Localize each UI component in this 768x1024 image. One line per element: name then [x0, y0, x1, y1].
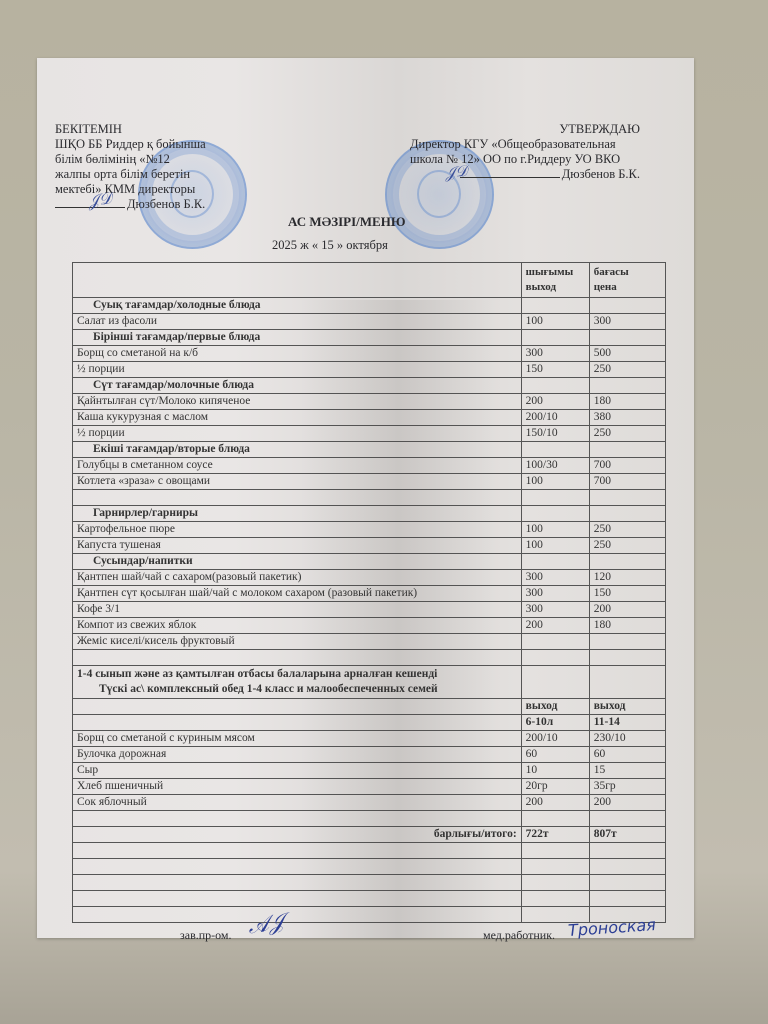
- dish-name: [73, 650, 522, 666]
- dish-yield: 300: [521, 602, 589, 618]
- dish-yield: 100: [521, 522, 589, 538]
- empty-cell: [521, 843, 589, 859]
- empty-cell: [73, 891, 522, 907]
- table-row: Сыр1015: [73, 763, 666, 779]
- section-title: Суық тағамдар/холодные блюда: [73, 298, 522, 314]
- approval-heading: УТВЕРЖДАЮ: [410, 122, 640, 137]
- empty-cell: [73, 907, 522, 923]
- empty-cell: [589, 843, 665, 859]
- column-header-yield-11-14: выход: [589, 699, 665, 715]
- dish-yield-6-10: 200: [521, 795, 589, 811]
- footer-production-manager-label: зав.пр-ом.: [180, 928, 232, 943]
- dish-price: [589, 634, 665, 650]
- dish-name: Каша кукурузная с маслом: [73, 410, 522, 426]
- dish-yield: 100/30: [521, 458, 589, 474]
- dish-yield-6-10: 60: [521, 747, 589, 763]
- dish-name: ½ порции: [73, 362, 522, 378]
- dish-name: Салат из фасоли: [73, 314, 522, 330]
- column-header-price: бағасы цена: [589, 263, 665, 298]
- approval-heading: БЕКІТЕМІН: [55, 122, 315, 137]
- table-row: ½ порции150/10250: [73, 426, 666, 442]
- total-11-14: 807т: [589, 827, 665, 843]
- dish-yield-11-14: 15: [589, 763, 665, 779]
- approval-line: ШҚО ББ Риддер қ бойынша: [55, 137, 315, 152]
- dish-price: 200: [589, 602, 665, 618]
- section-title: Сусындар/напитки: [73, 554, 522, 570]
- empty-cell: [589, 891, 665, 907]
- section-title: Гарнирлер/гарниры: [73, 506, 522, 522]
- empty-cell: [589, 859, 665, 875]
- dish-price: [589, 490, 665, 506]
- dish-name: Капуста тушеная: [73, 538, 522, 554]
- menu-table: шығымы выход бағасы цена Суық тағамдар/х…: [72, 262, 666, 923]
- section-header-row: Сусындар/напитки: [73, 554, 666, 570]
- footer-medical-worker-label: мед.работник.: [483, 928, 555, 943]
- table-row: ½ порции150250: [73, 362, 666, 378]
- dish-price: 250: [589, 538, 665, 554]
- dish-yield: 300: [521, 346, 589, 362]
- table-row: Қантпен шай/чай с сахаром(разовый пакети…: [73, 570, 666, 586]
- section-title: Екіші тағамдар/вторые блюда: [73, 442, 522, 458]
- table-row: [73, 650, 666, 666]
- table-row: Картофельное пюре100250: [73, 522, 666, 538]
- empty-cell: [521, 506, 589, 522]
- dish-name: Булочка дорожная: [73, 747, 522, 763]
- table-row: Булочка дорожная6060: [73, 747, 666, 763]
- table-row: Голубцы в сметанном соусе100/30700: [73, 458, 666, 474]
- table-row: Жеміс киселі/кисель фруктовый: [73, 634, 666, 650]
- table-row: Борщ со сметаной на к/б300500: [73, 346, 666, 362]
- age-group-11-14: 11-14: [589, 715, 665, 731]
- dish-name: Кофе 3/1: [73, 602, 522, 618]
- empty-cell: [589, 442, 665, 458]
- empty-cell: [521, 811, 589, 827]
- empty-cell: [73, 699, 522, 715]
- empty-cell: [73, 811, 522, 827]
- dish-price: 120: [589, 570, 665, 586]
- dish-name: ½ порции: [73, 426, 522, 442]
- dish-price: 150: [589, 586, 665, 602]
- dish-price: 250: [589, 426, 665, 442]
- empty-cell: [73, 843, 522, 859]
- dish-yield-6-10: 20гр: [521, 779, 589, 795]
- column-header-yield-6-10: выход: [521, 699, 589, 715]
- dish-name: Жеміс киселі/кисель фруктовый: [73, 634, 522, 650]
- dish-yield: 300: [521, 570, 589, 586]
- complex-title-line: 1-4 сынып және аз қамтылған отбасы балал…: [77, 667, 517, 682]
- table-row: [73, 875, 666, 891]
- dish-name: Сок яблочный: [73, 795, 522, 811]
- dish-yield: 100: [521, 314, 589, 330]
- empty-cell: [589, 811, 665, 827]
- empty-cell: [589, 330, 665, 346]
- table-row: Капуста тушеная100250: [73, 538, 666, 554]
- table-header-row: шығымы выход бағасы цена: [73, 263, 666, 298]
- empty-cell: [73, 875, 522, 891]
- section-header-row: Суық тағамдар/холодные блюда: [73, 298, 666, 314]
- handwritten-signature-right: 𝒥𝒟: [444, 162, 469, 183]
- table-row: Компот из свежих яблок200180: [73, 618, 666, 634]
- dish-price: 300: [589, 314, 665, 330]
- empty-cell: [589, 554, 665, 570]
- section-header-row: Екіші тағамдар/вторые блюда: [73, 442, 666, 458]
- dish-yield: [521, 490, 589, 506]
- signer-name: Дюзбенов Б.К.: [127, 197, 205, 211]
- empty-cell: [73, 715, 522, 731]
- complex-header-row: 6-10л11-14: [73, 715, 666, 731]
- dish-yield-6-10: 200/10: [521, 731, 589, 747]
- dish-name: [73, 490, 522, 506]
- empty-cell: [589, 506, 665, 522]
- table-row: [73, 843, 666, 859]
- approval-line: білім бөлімінің «№12: [55, 152, 315, 167]
- empty-cell: [521, 859, 589, 875]
- empty-cell: [521, 378, 589, 394]
- complex-lunch-title-row: 1-4 сынып және аз қамтылған отбасы балал…: [73, 666, 666, 699]
- dish-yield: 200: [521, 618, 589, 634]
- dish-yield-11-14: 230/10: [589, 731, 665, 747]
- header-blank-cell: [73, 263, 522, 298]
- dish-yield-11-14: 35гр: [589, 779, 665, 795]
- dish-price: 700: [589, 458, 665, 474]
- dish-name: Хлеб пшеничный: [73, 779, 522, 795]
- dish-name: Сыр: [73, 763, 522, 779]
- table-row: Котлета «зраза» с овощами100700: [73, 474, 666, 490]
- dish-yield: [521, 634, 589, 650]
- dish-price: 250: [589, 362, 665, 378]
- table-row: Салат из фасоли100300: [73, 314, 666, 330]
- dish-price: 500: [589, 346, 665, 362]
- dish-price: 180: [589, 618, 665, 634]
- empty-cell: [521, 442, 589, 458]
- menu-date: 2025 ж « 15 » октября: [272, 238, 388, 253]
- dish-price: [589, 650, 665, 666]
- empty-cell: [521, 298, 589, 314]
- empty-cell: [589, 378, 665, 394]
- signer-name: Дюзбенов Б.К.: [562, 167, 640, 181]
- dish-name: Қайнтылған сүт/Молоко кипяченое: [73, 394, 522, 410]
- table-row: [73, 891, 666, 907]
- dish-price: 700: [589, 474, 665, 490]
- handwritten-signature-left: 𝒥𝒟: [86, 188, 113, 212]
- empty-cell: [521, 666, 589, 699]
- dish-name: Борщ со сметаной с куриным мясом: [73, 731, 522, 747]
- table-row: [73, 490, 666, 506]
- table-row: [73, 859, 666, 875]
- dish-yield-11-14: 200: [589, 795, 665, 811]
- table-row: Борщ со сметаной с куриным мясом200/1023…: [73, 731, 666, 747]
- empty-cell: [521, 891, 589, 907]
- column-header-yield: шығымы выход: [521, 263, 589, 298]
- empty-cell: [521, 330, 589, 346]
- empty-cell: [589, 875, 665, 891]
- dish-name: Голубцы в сметанном соусе: [73, 458, 522, 474]
- empty-cell: [589, 298, 665, 314]
- empty-cell: [521, 554, 589, 570]
- dish-name: Картофельное пюре: [73, 522, 522, 538]
- total-row: барлығы/итого:722т807т: [73, 827, 666, 843]
- dish-yield: 300: [521, 586, 589, 602]
- dish-name: Қантпен сүт қосылған шай/чай с молоком с…: [73, 586, 522, 602]
- dish-yield-6-10: 10: [521, 763, 589, 779]
- signature-line: [460, 177, 560, 178]
- dish-name: Компот из свежих яблок: [73, 618, 522, 634]
- empty-cell: [589, 666, 665, 699]
- total-6-10: 722т: [521, 827, 589, 843]
- approval-line: жалпы орта білім беретін: [55, 167, 315, 182]
- dish-price: 180: [589, 394, 665, 410]
- age-group-6-10: 6-10л: [521, 715, 589, 731]
- dish-yield: 100: [521, 538, 589, 554]
- table-row: Кофе 3/1300200: [73, 602, 666, 618]
- complex-lunch-title: 1-4 сынып және аз қамтылған отбасы балал…: [73, 666, 522, 699]
- table-row: Қайнтылған сүт/Молоко кипяченое200180: [73, 394, 666, 410]
- table-row: Сок яблочный200200: [73, 795, 666, 811]
- handwritten-signature-manager: 𝒜𝒥: [246, 910, 285, 940]
- table-row: [73, 811, 666, 827]
- complex-header-row: выходвыход: [73, 699, 666, 715]
- complex-title-line: Түскі ас\ комплексный обед 1-4 класс и м…: [77, 682, 517, 697]
- empty-cell: [73, 859, 522, 875]
- approval-line: Директор КГУ «Общеобразовательная: [410, 137, 640, 152]
- dish-yield: 150/10: [521, 426, 589, 442]
- table-row: Каша кукурузная с маслом200/10380: [73, 410, 666, 426]
- dish-yield: 150: [521, 362, 589, 378]
- empty-cell: [521, 875, 589, 891]
- dish-yield-11-14: 60: [589, 747, 665, 763]
- table-row: Хлеб пшеничный20гр35гр: [73, 779, 666, 795]
- dish-price: 250: [589, 522, 665, 538]
- dish-price: 380: [589, 410, 665, 426]
- dish-yield: 200: [521, 394, 589, 410]
- section-title: Сүт тағамдар/молочные блюда: [73, 378, 522, 394]
- section-header-row: Бірінші тағамдар/первые блюда: [73, 330, 666, 346]
- table-row: Қантпен сүт қосылған шай/чай с молоком с…: [73, 586, 666, 602]
- section-header-row: Гарнирлер/гарниры: [73, 506, 666, 522]
- dish-yield: [521, 650, 589, 666]
- section-title: Бірінші тағамдар/первые блюда: [73, 330, 522, 346]
- dish-yield: 200/10: [521, 410, 589, 426]
- dish-name: Котлета «зраза» с овощами: [73, 474, 522, 490]
- dish-yield: 100: [521, 474, 589, 490]
- dish-name: Борщ со сметаной на к/б: [73, 346, 522, 362]
- section-header-row: Сүт тағамдар/молочные блюда: [73, 378, 666, 394]
- page-title: АС МӘЗІРІ/МЕНЮ: [288, 214, 405, 230]
- dish-name: Қантпен шай/чай с сахаром(разовый пакети…: [73, 570, 522, 586]
- total-label: барлығы/итого:: [73, 827, 522, 843]
